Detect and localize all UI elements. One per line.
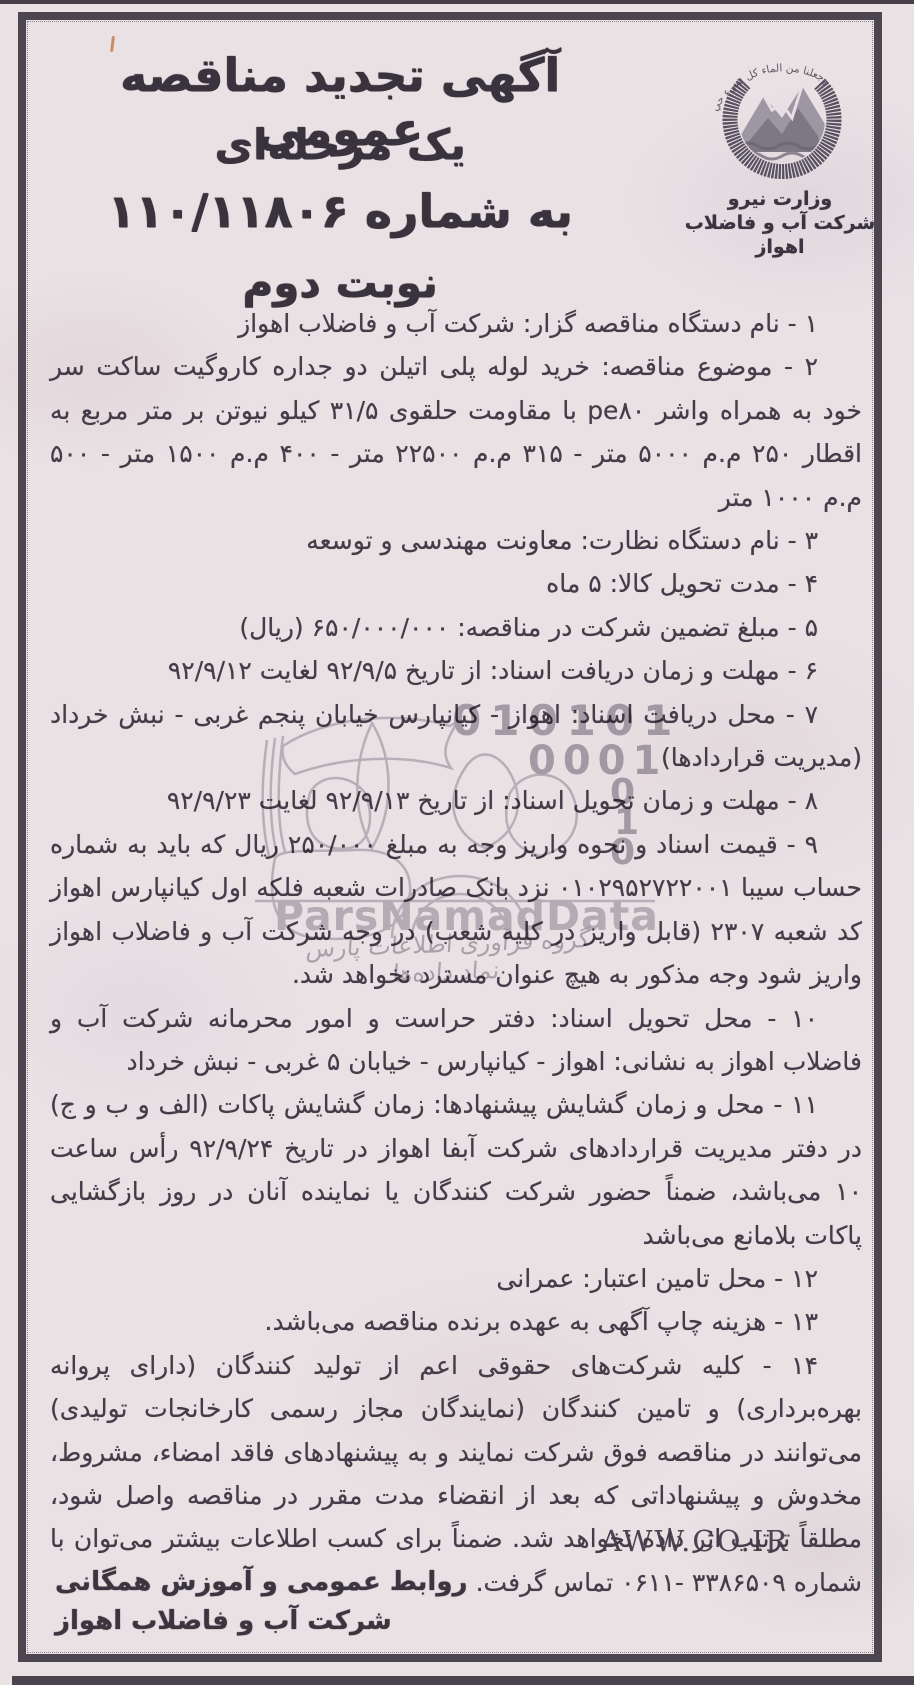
headline-line-4: نوبت دوم [45, 258, 635, 307]
page-top-rule [0, 0, 914, 4]
tender-item-8: ۸ - مهلت و زمان تحویل اسناد: از تاریخ ۹۲… [50, 779, 862, 822]
next-ad-frame-edge [12, 1676, 914, 1685]
water-company-emblem-icon: وجعلنا من الماء كل شيء حي [660, 30, 900, 188]
tender-item-14: ۱۴ - کلیه شرکت‌های حقوقی اعم از تولید کن… [50, 1344, 862, 1604]
headline-line-2: یک مرحله‌ای [45, 120, 635, 169]
tender-body: ۱ - نام دستگاه مناقصه گزار: شرکت آب و فا… [50, 302, 862, 1604]
tender-item-10: ۱۰ - محل تحویل اسناد: دفتر حراست و امور … [50, 997, 862, 1084]
signature-line-2: شرکت آب و فاضلاب اهواز [55, 1602, 467, 1641]
logo-organization: وزارت نیرو شرکت آب و فاضلاب اهواز [660, 188, 900, 259]
tender-item-9: ۹ - قیمت اسناد و نحوه واریز وجه به مبلغ … [50, 823, 862, 997]
tender-item-5: ۵ - مبلغ تضمین شرکت در مناقصه: ۶۵۰/۰۰۰/۰… [50, 606, 862, 649]
tender-item-6: ۶ - مهلت و زمان دریافت اسناد: از تاریخ ۹… [50, 649, 862, 692]
mountain-water-icon [732, 86, 828, 159]
company-name: شرکت آب و فاضلاب [660, 212, 900, 236]
tender-item-12: ۱۲ - محل تامین اعتبار: عمرانی [50, 1257, 862, 1300]
tender-item-3: ۳ - نام دستگاه نظارت: معاونت مهندسی و تو… [50, 519, 862, 562]
headline-line-3: به شماره ۱۱۰/۱۱۸۰۶ [45, 184, 635, 238]
ministry-name: وزارت نیرو [660, 188, 900, 212]
tender-item-7: ۷ - محل دریافت اسناد: اهواز - کیانپارس خ… [50, 693, 862, 780]
company-logo: وجعلنا من الماء كل شيء حي وزارت نیرو شرک… [660, 30, 900, 259]
tender-item-11: ۱۱ - محل و زمان گشایش پیشنهادها: زمان گش… [50, 1083, 862, 1257]
city-name: اهواز [660, 236, 900, 260]
tender-item-2: ۲ - موضوع مناقصه: خرید لوله پلی اتیلن دو… [50, 345, 862, 519]
tender-item-13: ۱۳ - هزینه چاپ آگهی به عهده برنده مناقصه… [50, 1300, 862, 1343]
tender-item-1: ۱ - نام دستگاه مناقصه گزار: شرکت آب و فا… [50, 302, 862, 345]
page: { "header": { "title_lines": [ "آگهی تجد… [0, 0, 914, 1685]
tender-item-4: ۴ - مدت تحویل کالا: ۵ ماه [50, 562, 862, 605]
